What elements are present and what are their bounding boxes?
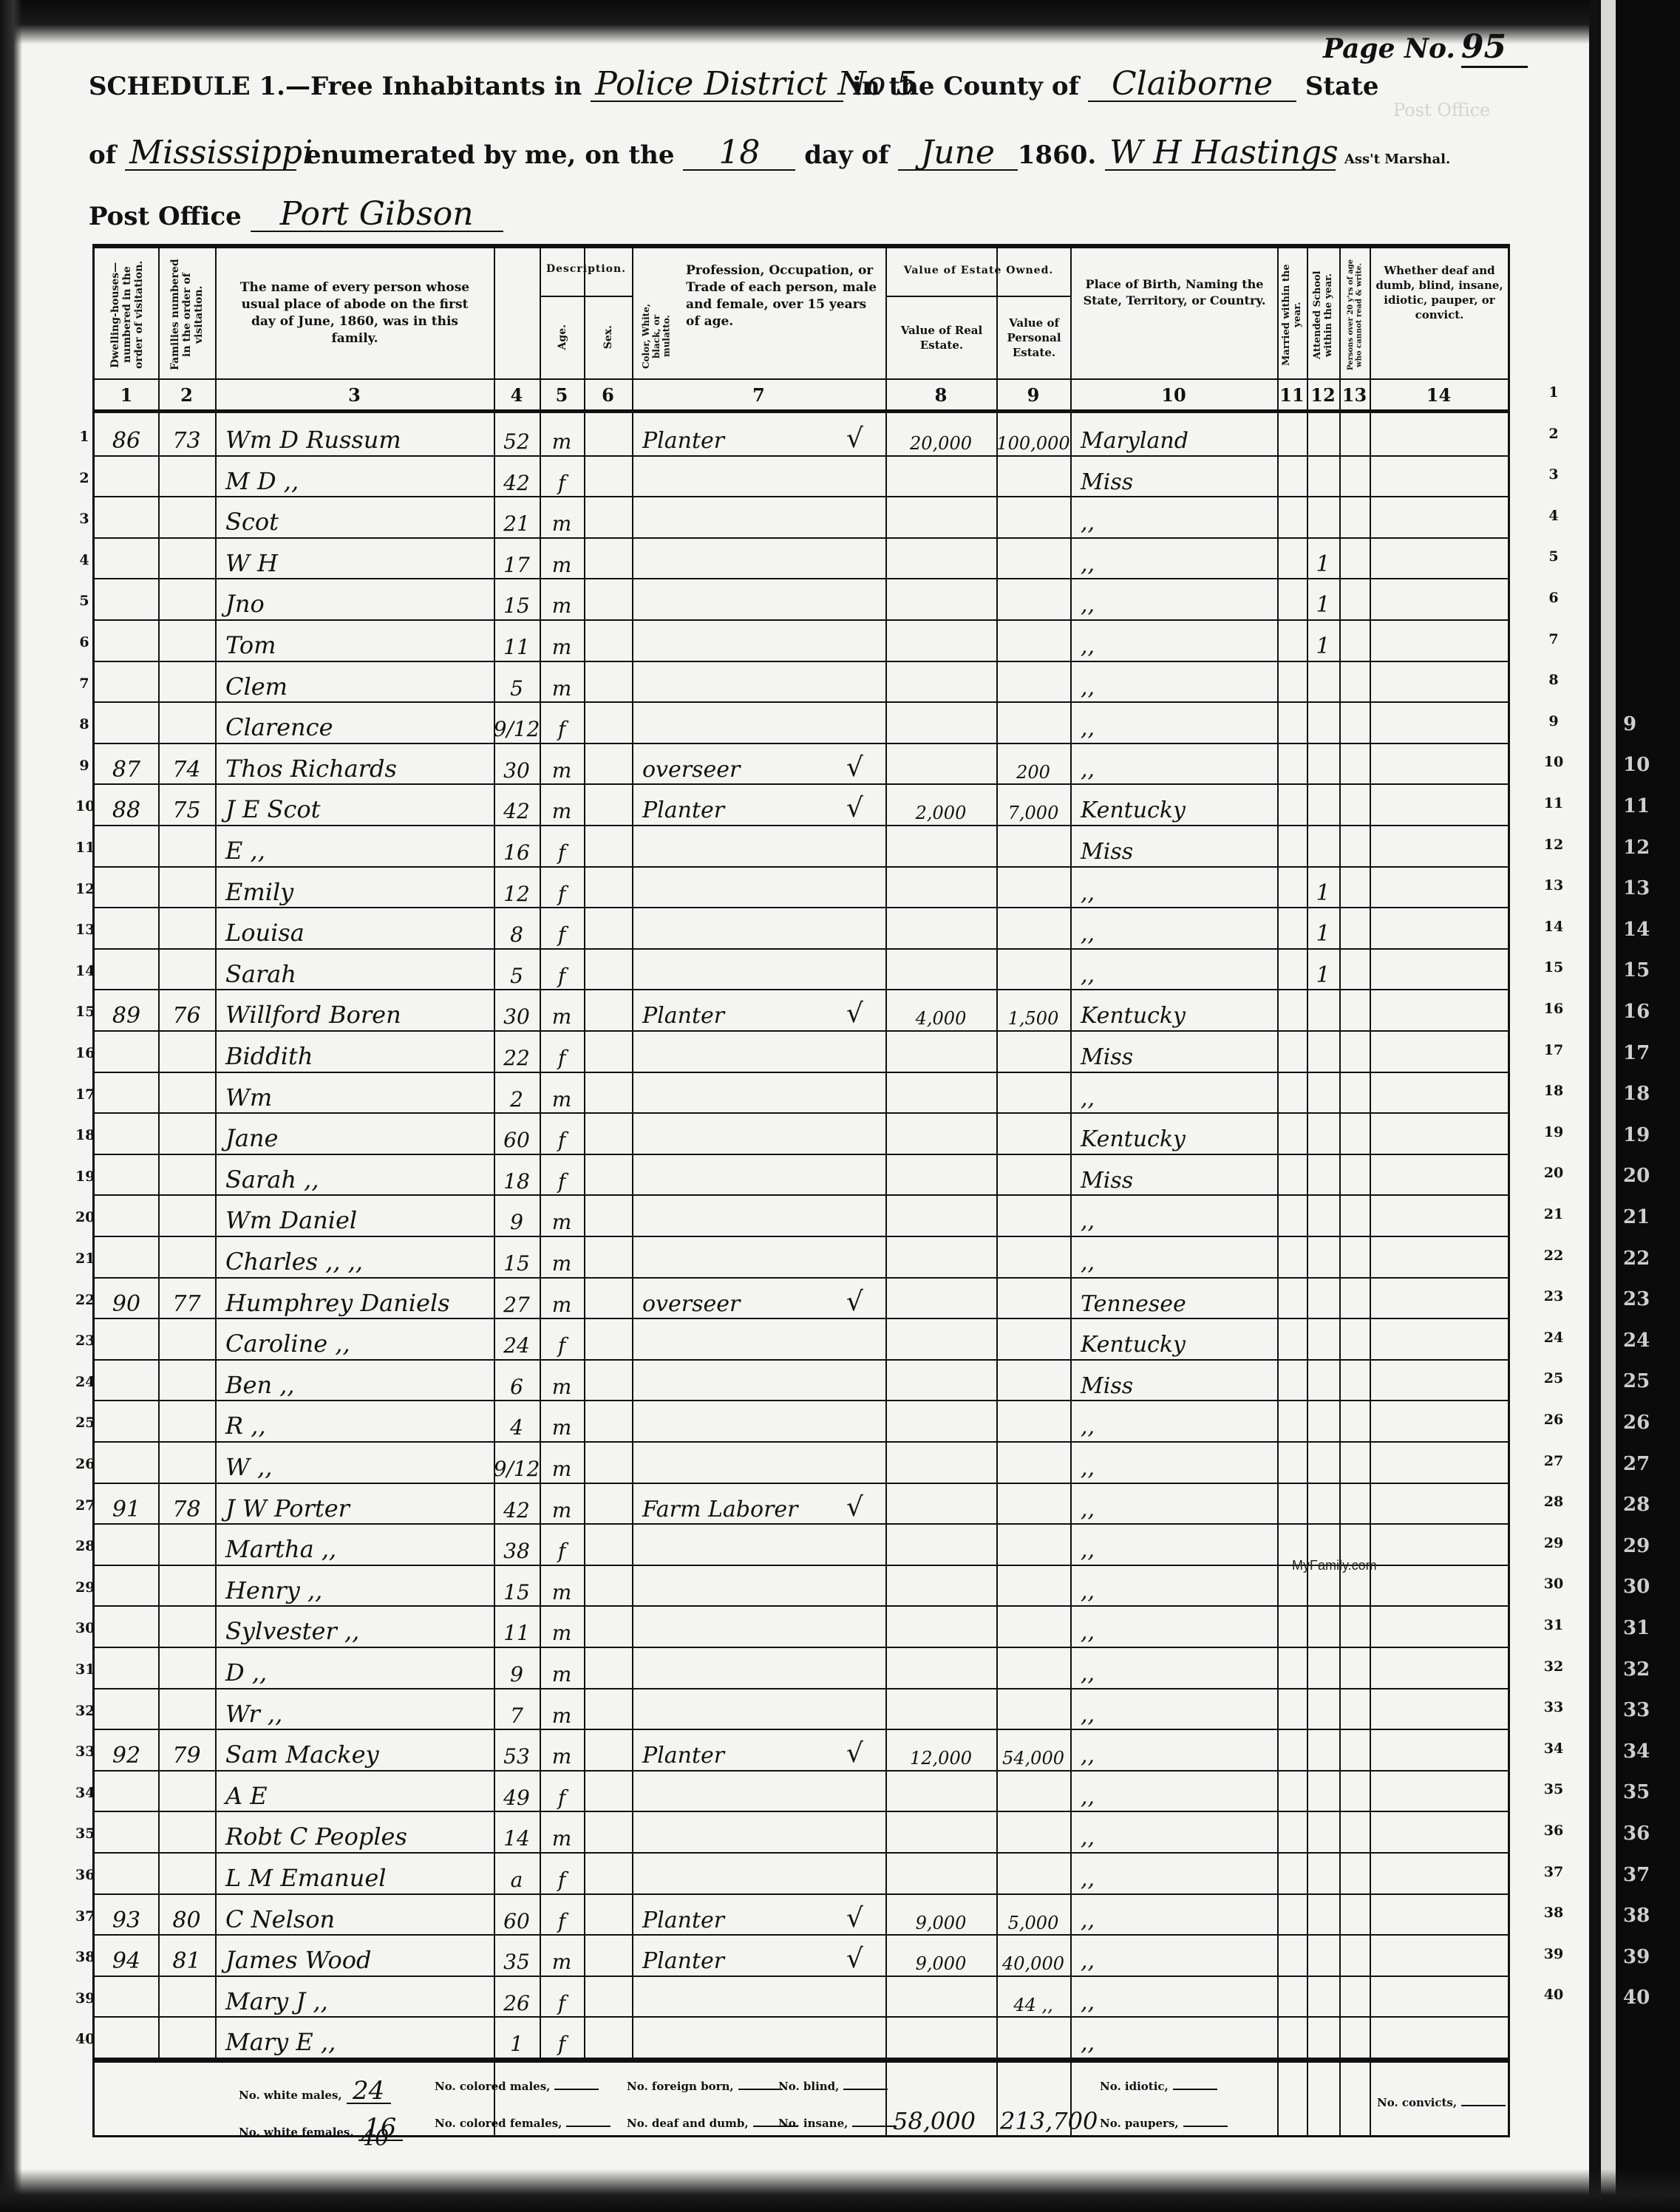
check-mark [824,1812,885,1854]
condition [1370,1854,1508,1895]
family-number [158,1607,215,1648]
color [584,1525,632,1566]
family-number [158,539,215,580]
color [584,1607,632,1648]
personal-estate-value [996,826,1070,868]
post-office-field: Port Gibson [251,198,503,232]
age: 49 [494,1772,540,1813]
color [584,1237,632,1279]
colored-males-count: No. colored males, [435,2080,599,2093]
illiterate-mark [1339,1401,1370,1443]
age: 21 [494,497,540,539]
condition [1370,1566,1508,1607]
adjacent-page-line-number: 17 [1623,1042,1650,1064]
line-number: 37 [75,1908,93,1925]
real-estate-value [885,1155,996,1197]
school-mark [1307,2018,1339,2059]
dwelling-number [95,1032,158,1073]
birthplace: ,, [1070,539,1277,580]
real-estate-value [885,1772,996,1813]
birthplace: ,, [1070,1895,1277,1936]
column-number: 13 [1339,378,1370,411]
real-estate-value [885,908,996,950]
age: 9 [494,1648,540,1689]
age: 9/12 [494,1443,540,1484]
illiterate-mark [1339,1607,1370,1648]
right-line-number: 22 [1539,1248,1568,1264]
line-number: 1 [75,429,93,445]
condition [1370,1648,1508,1689]
age: 60 [494,1895,540,1936]
adjacent-page-line-number: 18 [1623,1083,1650,1105]
personal-estate-value [996,1689,1070,1731]
family-number [158,1689,215,1731]
marshal-label: Ass't Marshal. [1344,152,1450,167]
age: 22 [494,1032,540,1073]
condition [1370,2018,1508,2059]
dwelling-number [95,2018,158,2059]
occupation [632,1361,824,1402]
sex: f [540,1895,584,1936]
age: 53 [494,1730,540,1772]
adjacent-page-line-number: 27 [1623,1453,1650,1475]
header-name: The name of every person whose usual pla… [217,248,493,378]
adjacent-page-line-number: 34 [1623,1740,1650,1763]
family-number [158,1854,215,1895]
adjacent-page-line-number: 30 [1623,1576,1650,1598]
color [584,497,632,539]
birthplace: Maryland [1070,415,1277,457]
dwelling-number: 87 [95,744,158,786]
birthplace: ,, [1070,1196,1277,1237]
family-number [158,1032,215,1073]
right-line-number: 13 [1539,877,1568,894]
line-number: 31 [75,1661,93,1678]
condition [1370,662,1508,704]
check-mark [824,1648,885,1689]
right-line-number: 17 [1539,1042,1568,1058]
sex: f [540,1525,584,1566]
married-mark [1277,826,1307,868]
occupation [632,908,824,950]
personal-estate-value [996,1607,1070,1648]
real-estate-value [885,950,996,991]
column-number: 11 [1277,378,1307,411]
right-line-number: 14 [1539,919,1568,935]
line-number: 29 [75,1579,93,1596]
occupation: Planter [632,1936,824,1977]
adjacent-page-line-number: 33 [1623,1699,1650,1721]
condition [1370,703,1508,744]
sex: f [540,1114,584,1155]
sex: m [540,621,584,662]
person-name: Sarah ,, [215,1155,494,1197]
married-mark [1277,950,1307,991]
check-mark [824,1607,885,1648]
occupation [632,1319,824,1361]
line-number: 22 [75,1292,93,1308]
right-line-number: 6 [1539,590,1568,606]
age: 15 [494,1566,540,1607]
sex: m [540,1936,584,1977]
family-number [158,1648,215,1689]
age: 18 [494,1155,540,1197]
personal-estate-value [996,579,1070,621]
sex: m [540,1073,584,1114]
person-name: James Wood [215,1936,494,1977]
header-age: Age. [541,300,584,374]
sex: m [540,1361,584,1402]
illiterate-mark [1339,703,1370,744]
sex: m [540,1566,584,1607]
bleed-through-text: Post Office [1393,100,1490,120]
header-sex: Sex. [585,300,631,374]
color [584,1895,632,1936]
illiterate-mark [1339,1196,1370,1237]
school-mark [1307,744,1339,786]
person-name: J W Porter [215,1484,494,1525]
line-number: 32 [75,1703,93,1719]
white-males-count: No. white males,24 [239,2080,391,2104]
personal-estate-value [996,1401,1070,1443]
adjacent-page-line-number: 24 [1623,1330,1650,1352]
school-mark: 1 [1307,579,1339,621]
condition [1370,1689,1508,1731]
birthplace: ,, [1070,868,1277,909]
dwelling-number [95,1073,158,1114]
birthplace: Kentucky [1070,1319,1277,1361]
illiterate-mark [1339,1114,1370,1155]
sex: m [540,662,584,704]
line-number: 16 [75,1045,93,1061]
birthplace: Kentucky [1070,990,1277,1032]
check-mark [824,908,885,950]
check-mark [824,826,885,868]
birthplace: ,, [1070,1566,1277,1607]
sex: m [540,1648,584,1689]
dwelling-number [95,1196,158,1237]
age: 52 [494,415,540,457]
sex: m [540,744,584,786]
real-estate-value: 4,000 [885,990,996,1032]
person-name: Biddith [215,1032,494,1073]
family-number [158,826,215,868]
check-mark [824,662,885,704]
personal-estate-value [996,1361,1070,1402]
occupation [632,1443,824,1484]
sex: m [540,1196,584,1237]
age: 5 [494,950,540,991]
blind-count: No. blind, [778,2080,888,2093]
color [584,868,632,909]
color [584,457,632,498]
check-mark [824,1854,885,1895]
of-label: of [89,140,116,170]
occupation [632,1607,824,1648]
occupation [632,1566,824,1607]
sex: f [540,1977,584,2018]
dwelling-number: 93 [95,1895,158,1936]
family-number: 73 [158,415,215,457]
illiterate-mark [1339,990,1370,1032]
scan-border-bottom [0,2169,1680,2212]
married-mark [1277,662,1307,704]
enumerated-label: enumerated by me, on the [305,140,675,170]
adjacent-page-line-number: 16 [1623,1001,1650,1023]
person-name: Robt C Peoples [215,1812,494,1854]
condition [1370,1279,1508,1320]
real-estate-value [885,539,996,580]
person-name: Mary E ,, [215,2018,494,2059]
right-line-number: 1 [1539,384,1568,401]
occupation [632,1155,824,1197]
check-mark: √ [824,990,885,1032]
summary-rule [95,2059,1508,2063]
personal-estate-value [996,703,1070,744]
state-label: State [1305,72,1379,101]
person-name: Henry ,, [215,1566,494,1607]
family-number [158,1073,215,1114]
age: 30 [494,990,540,1032]
sex: f [540,1319,584,1361]
age: 35 [494,1936,540,1977]
header-family: Families numbered in the order of visita… [160,256,214,374]
real-estate-value: 2,000 [885,785,996,826]
right-line-number: 35 [1539,1781,1568,1797]
birthplace: ,, [1070,1648,1277,1689]
check-mark: √ [824,744,885,786]
illiterate-mark [1339,826,1370,868]
real-estate-value [885,1607,996,1648]
right-line-number: 30 [1539,1576,1568,1592]
illiterate-mark [1339,457,1370,498]
county-field: Claiborne [1088,68,1296,102]
sex: m [540,1279,584,1320]
condition [1370,1361,1508,1402]
illiterate-mark [1339,868,1370,909]
personal-estate-value [996,908,1070,950]
right-line-number: 21 [1539,1206,1568,1222]
personal-estate-value [996,1854,1070,1895]
dwelling-number [95,868,158,909]
dwelling-number: 89 [95,990,158,1032]
condition [1370,1525,1508,1566]
adjacent-page-line-number: 31 [1623,1617,1650,1639]
family-number [158,950,215,991]
line-number: 12 [75,881,93,897]
school-mark: 1 [1307,868,1339,909]
family-number [158,1812,215,1854]
illiterate-mark [1339,621,1370,662]
dwelling-number: 92 [95,1730,158,1772]
school-mark [1307,703,1339,744]
page-number-value: 95 [1461,28,1528,68]
occupation: Planter [632,990,824,1032]
occupation [632,2018,824,2059]
occupation [632,662,824,704]
person-name: Clarence [215,703,494,744]
check-mark [824,1525,885,1566]
personal-estate-value [996,1155,1070,1197]
person-name: Wm D Russum [215,415,494,457]
occupation [632,1854,824,1895]
age: 30 [494,744,540,786]
age: 42 [494,457,540,498]
sex: m [540,1607,584,1648]
line-number: 13 [75,922,93,938]
condition [1370,1032,1508,1073]
family-number: 76 [158,990,215,1032]
family-number [158,2018,215,2059]
real-estate-value [885,1279,996,1320]
header-dwelling: Dwelling-houses—numbered in the order of… [98,256,157,374]
occupation [632,539,824,580]
family-number: 78 [158,1484,215,1525]
person-name: W H [215,539,494,580]
family-number: 77 [158,1279,215,1320]
married-mark [1277,1607,1307,1648]
person-name: Humphrey Daniels [215,1279,494,1320]
check-mark [824,1196,885,1237]
married-mark [1277,1689,1307,1731]
check-mark [824,703,885,744]
enumeration-line: of Mississippi enumerated by me, on the … [89,137,1450,171]
personal-estate-value [996,457,1070,498]
color [584,1279,632,1320]
person-name: C Nelson [215,1895,494,1936]
right-line-number: 34 [1539,1740,1568,1757]
check-mark: √ [824,1484,885,1525]
personal-estate-value [996,868,1070,909]
check-mark [824,950,885,991]
condition [1370,785,1508,826]
illiterate-mark [1339,497,1370,539]
married-mark [1277,1196,1307,1237]
real-estate-value [885,1319,996,1361]
personal-estate-value [996,1073,1070,1114]
married-mark [1277,1401,1307,1443]
illiterate-mark [1339,1073,1370,1114]
check-mark [824,868,885,909]
married-mark [1277,1237,1307,1279]
family-number: 79 [158,1730,215,1772]
column-number: 8 [885,378,996,411]
real-estate-total: 58,000 [893,2107,976,2135]
school-mark [1307,1812,1339,1854]
dwelling-number: 86 [95,415,158,457]
real-estate-value [885,497,996,539]
deaf-dumb-count: No. deaf and dumb, [627,2117,798,2130]
line-number: 11 [75,840,93,856]
adjacent-page-line-number: 23 [1623,1288,1650,1310]
insane-count: No. insane, [778,2117,897,2130]
school-mark [1307,497,1339,539]
dwelling-number [95,1237,158,1279]
age: 2 [494,1073,540,1114]
condition [1370,1977,1508,2018]
occupation [632,1401,824,1443]
header-real-estate: Value of Real Estate. [887,297,996,378]
occupation [632,497,824,539]
real-estate-value [885,1237,996,1279]
birthplace: Kentucky [1070,785,1277,826]
personal-estate-value: 1,500 [996,990,1070,1032]
person-name: Wr ,, [215,1689,494,1731]
color [584,1977,632,2018]
personal-estate-value [996,1196,1070,1237]
birthplace: ,, [1070,579,1277,621]
married-mark [1277,1772,1307,1813]
header-condition: Whether deaf and dumb, blind, insane, id… [1371,248,1508,337]
right-line-number: 19 [1539,1124,1568,1140]
illiterate-mark [1339,1936,1370,1977]
illiterate-mark [1339,1361,1370,1402]
illiterate-mark [1339,662,1370,704]
age: 11 [494,621,540,662]
sex: m [540,497,584,539]
married-mark [1277,1443,1307,1484]
adjacent-page-line-number: 26 [1623,1412,1650,1434]
dwelling-number: 91 [95,1484,158,1525]
school-mark [1307,1443,1339,1484]
dwelling-number: 94 [95,1936,158,1977]
sex: f [540,1032,584,1073]
real-estate-value [885,1361,996,1402]
condition [1370,1319,1508,1361]
dwelling-number: 90 [95,1279,158,1320]
married-mark [1277,785,1307,826]
schedule-title-line: SCHEDULE 1.—Free Inhabitants in Police D… [89,68,1379,102]
column-number: 7 [632,378,885,411]
dwelling-number [95,1566,158,1607]
adjacent-page-line-number: 10 [1623,754,1650,776]
occupation [632,1977,824,2018]
real-estate-value [885,868,996,909]
age: 24 [494,1319,540,1361]
check-mark [824,1155,885,1197]
marshal-field: W H Hastings [1105,137,1336,171]
occupation: overseer [632,1279,824,1320]
check-mark: √ [824,785,885,826]
color [584,1073,632,1114]
school-mark [1307,1401,1339,1443]
school-mark [1307,1772,1339,1813]
condition [1370,826,1508,868]
sex: m [540,1401,584,1443]
column-number: 1 [95,378,158,411]
dwelling-number [95,1648,158,1689]
color [584,785,632,826]
person-name: Emily [215,868,494,909]
age: 42 [494,785,540,826]
married-mark [1277,703,1307,744]
dwelling-number [95,1361,158,1402]
color [584,1854,632,1895]
birthplace: ,, [1070,908,1277,950]
married-mark [1277,1936,1307,1977]
color [584,621,632,662]
occupation [632,1812,824,1854]
dwelling-number [95,950,158,991]
occupation [632,579,824,621]
right-line-number: 40 [1539,1987,1568,2003]
dwelling-number [95,1319,158,1361]
right-line-number: 16 [1539,1001,1568,1017]
school-mark [1307,1073,1339,1114]
dwelling-number [95,1977,158,2018]
occupation [632,950,824,991]
real-estate-value [885,579,996,621]
